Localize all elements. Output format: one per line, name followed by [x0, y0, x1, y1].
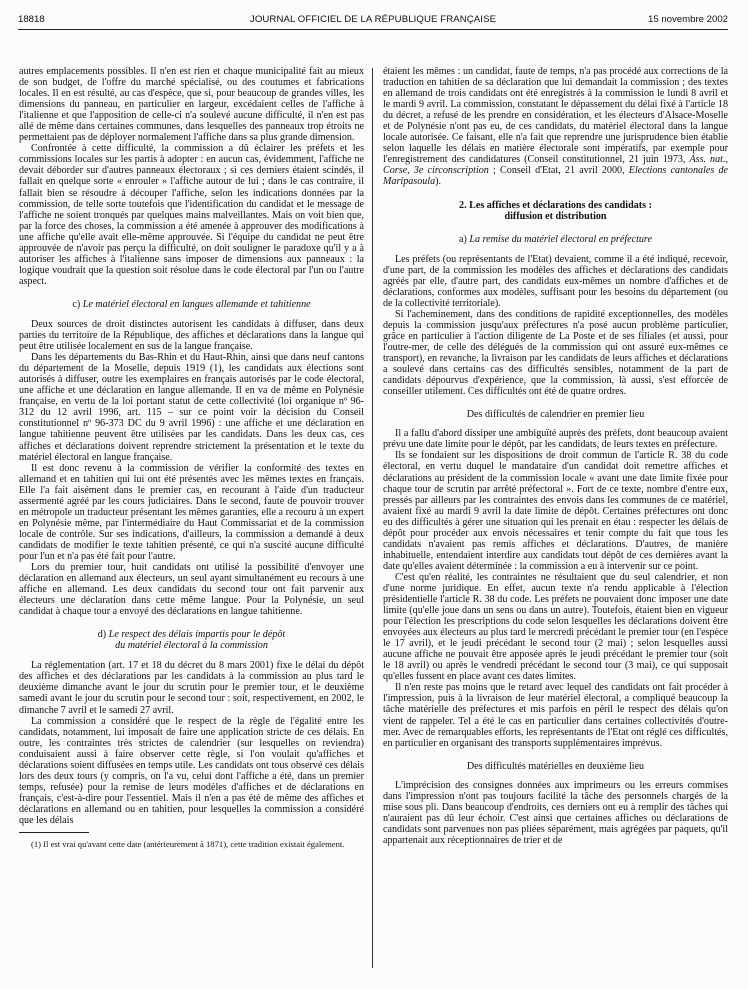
- subheading-d: d) Le respect des délais impartis pour l…: [19, 629, 364, 651]
- paragraph: Confrontée à cette difficulté, la commis…: [19, 143, 364, 287]
- section-heading-2: 2. Les affiches et déclarations des cand…: [383, 200, 728, 222]
- paragraph: La commission a considéré que le respect…: [19, 716, 364, 826]
- subheading-text-line2: du matériel électoral à la commission: [115, 640, 268, 651]
- paragraph: Lors du premier tour, huit candidats ont…: [19, 562, 364, 617]
- subheading-text: Le matériel électoral en langues alleman…: [83, 299, 311, 310]
- paragraph: La réglementation (art. 17 et 18 du décr…: [19, 660, 364, 715]
- paragraph: Il a fallu d'abord dissiper une ambiguït…: [383, 428, 728, 450]
- column-separator: [372, 68, 373, 968]
- section-heading-line1: 2. Les affiches et déclarations des cand…: [459, 200, 652, 211]
- paragraph: Ils se fondaient sur les dispositions de…: [383, 450, 728, 572]
- paragraph: Il n'en reste pas moins que le retard av…: [383, 682, 728, 748]
- paragraph: Il est donc revenu à la commission de vé…: [19, 463, 364, 562]
- left-column: autres emplacements possibles. Il n'en e…: [19, 66, 364, 849]
- subheading-material: Des difficultés matérielles en deuxième …: [383, 761, 728, 772]
- subheading-text: La remise du matériel électoral en préfe…: [469, 234, 652, 245]
- section-heading-line2: diffusion et distribution: [504, 211, 606, 222]
- subheading-text-line1: Le respect des délais impartis pour le d…: [109, 629, 286, 640]
- right-column: étaient les mêmes : un candidat, faute d…: [383, 66, 728, 846]
- subheading-calendar: Des difficultés de calendrier en premier…: [383, 409, 728, 420]
- subheading-label: c): [72, 299, 80, 310]
- page-header: 18818 JOURNAL OFFICIEL DE LA RÉPUBLIQUE …: [18, 10, 728, 30]
- subheading-label: d): [98, 629, 106, 640]
- subheading-a: a) La remise du matériel électoral en pr…: [383, 234, 728, 245]
- subheading-c: c) Le matériel électoral en langues alle…: [19, 299, 364, 310]
- paragraph-text: étaient les mêmes : un candidat, faute d…: [383, 66, 728, 165]
- paragraph: Deux sources de droit distinctes autoris…: [19, 319, 364, 352]
- paragraph: autres emplacements possibles. Il n'en e…: [19, 66, 364, 143]
- paragraph: étaient les mêmes : un candidat, faute d…: [383, 66, 728, 188]
- paragraph-text: ).: [435, 176, 441, 187]
- paragraph: Dans les départements du Bas-Rhin et du …: [19, 352, 364, 462]
- paragraph-text: ; Conseil d'Etat, 21 avril 2000,: [489, 165, 629, 176]
- footnote-rule: [19, 832, 89, 833]
- paragraph: C'est qu'en réalité, les contraintes ne …: [383, 572, 728, 682]
- paragraph: Si l'acheminement, dans des conditions d…: [383, 309, 728, 397]
- issue-date: 15 novembre 2002: [648, 14, 728, 25]
- footnote: (1) Il est vrai qu'avant cette date (ant…: [19, 839, 364, 849]
- paragraph: L'imprécision des consignes données aux …: [383, 780, 728, 846]
- header-rule: [18, 29, 728, 30]
- paragraph: Les préfets (ou représentants de l'Etat)…: [383, 254, 728, 309]
- subheading-label: a): [459, 234, 467, 245]
- journal-title: JOURNAL OFFICIEL DE LA RÉPUBLIQUE FRANÇA…: [18, 14, 728, 25]
